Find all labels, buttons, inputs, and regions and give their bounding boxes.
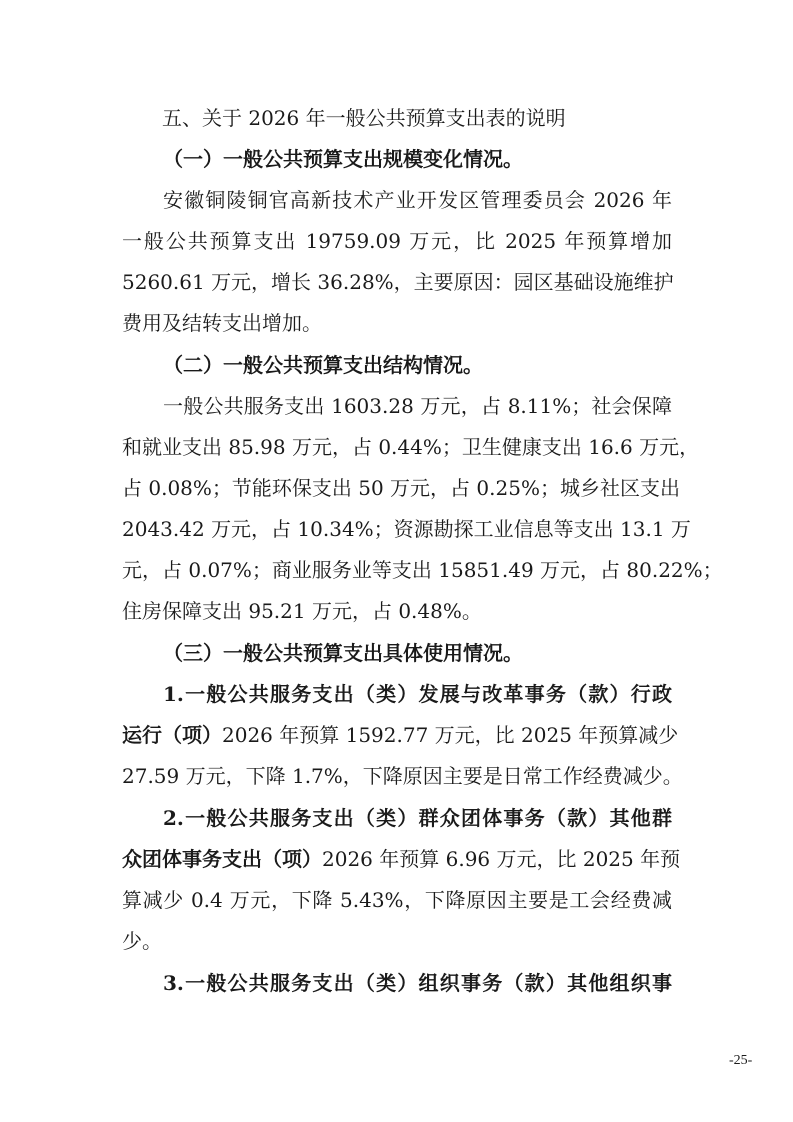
paragraph-line: 一般公共服务支出 1603.28 万元，占 8.11%；社会保障	[163, 392, 672, 420]
paragraph-line: 住房保障支出 95.21 万元，占 0.48%。	[122, 597, 672, 625]
paragraph-line: 安徽铜陵铜官高新技术产业开发区管理委员会 2026 年	[163, 186, 672, 214]
item-1-rest: 2026 年预算 1592.77 万元，比 2025 年预算减少	[222, 723, 678, 747]
item-1-heading: 1.一般公共服务支出（类）发展与改革事务（款）行政	[163, 680, 672, 708]
paragraph-line: 一般公共预算支出 19759.09 万元，比 2025 年预算增加	[122, 227, 672, 255]
section-title: 五、关于 2026 年一般公共预算支出表的说明	[162, 104, 566, 132]
subsection-heading-1: （一）一般公共预算支出规模变化情况。	[163, 145, 523, 173]
paragraph-line: 5260.61 万元，增长 36.28%，主要原因：园区基础设施维护	[122, 268, 672, 296]
document-page: 五、关于 2026 年一般公共预算支出表的说明 （一）一般公共预算支出规模变化情…	[0, 0, 793, 1122]
paragraph-line: 2043.42 万元，占 10.34%；资源勘探工业信息等支出 13.1 万	[122, 515, 672, 543]
paragraph-line: 费用及结转支出增加。	[122, 309, 672, 337]
paragraph-line: 27.59 万元，下降 1.7%，下降原因主要是日常工作经费减少。	[122, 762, 672, 790]
item-3-heading: 3.一般公共服务支出（类）组织事务（款）其他组织事	[163, 969, 672, 997]
paragraph-line: 占 0.08%；节能环保支出 50 万元，占 0.25%；城乡社区支出	[122, 474, 672, 502]
item-2-line: 众团体事务支出（项）2026 年预算 6.96 万元，比 2025 年预	[122, 845, 672, 873]
paragraph-line: 和就业支出 85.98 万元，占 0.44%；卫生健康支出 16.6 万元，	[122, 433, 672, 461]
page-number: -25-	[729, 1053, 752, 1069]
subsection-heading-2: （二）一般公共预算支出结构情况。	[163, 351, 483, 379]
item-2-rest: 2026 年预算 6.96 万元，比 2025 年预	[322, 847, 680, 871]
subsection-heading-3: （三）一般公共预算支出具体使用情况。	[163, 639, 523, 667]
paragraph-line: 算减少 0.4 万元，下降 5.43%，下降原因主要是工会经费减	[122, 886, 672, 914]
item-2-bold-cont: 众团体事务支出（项）	[122, 847, 322, 871]
paragraph-line: 少。	[122, 927, 672, 955]
item-1-bold-cont: 运行（项）	[122, 723, 222, 747]
item-1-line: 运行（项）2026 年预算 1592.77 万元，比 2025 年预算减少	[122, 721, 672, 749]
item-2-heading: 2.一般公共服务支出（类）群众团体事务（款）其他群	[163, 804, 672, 832]
paragraph-line: 元，占 0.07%；商业服务业等支出 15851.49 万元，占 80.22%；	[122, 556, 672, 584]
